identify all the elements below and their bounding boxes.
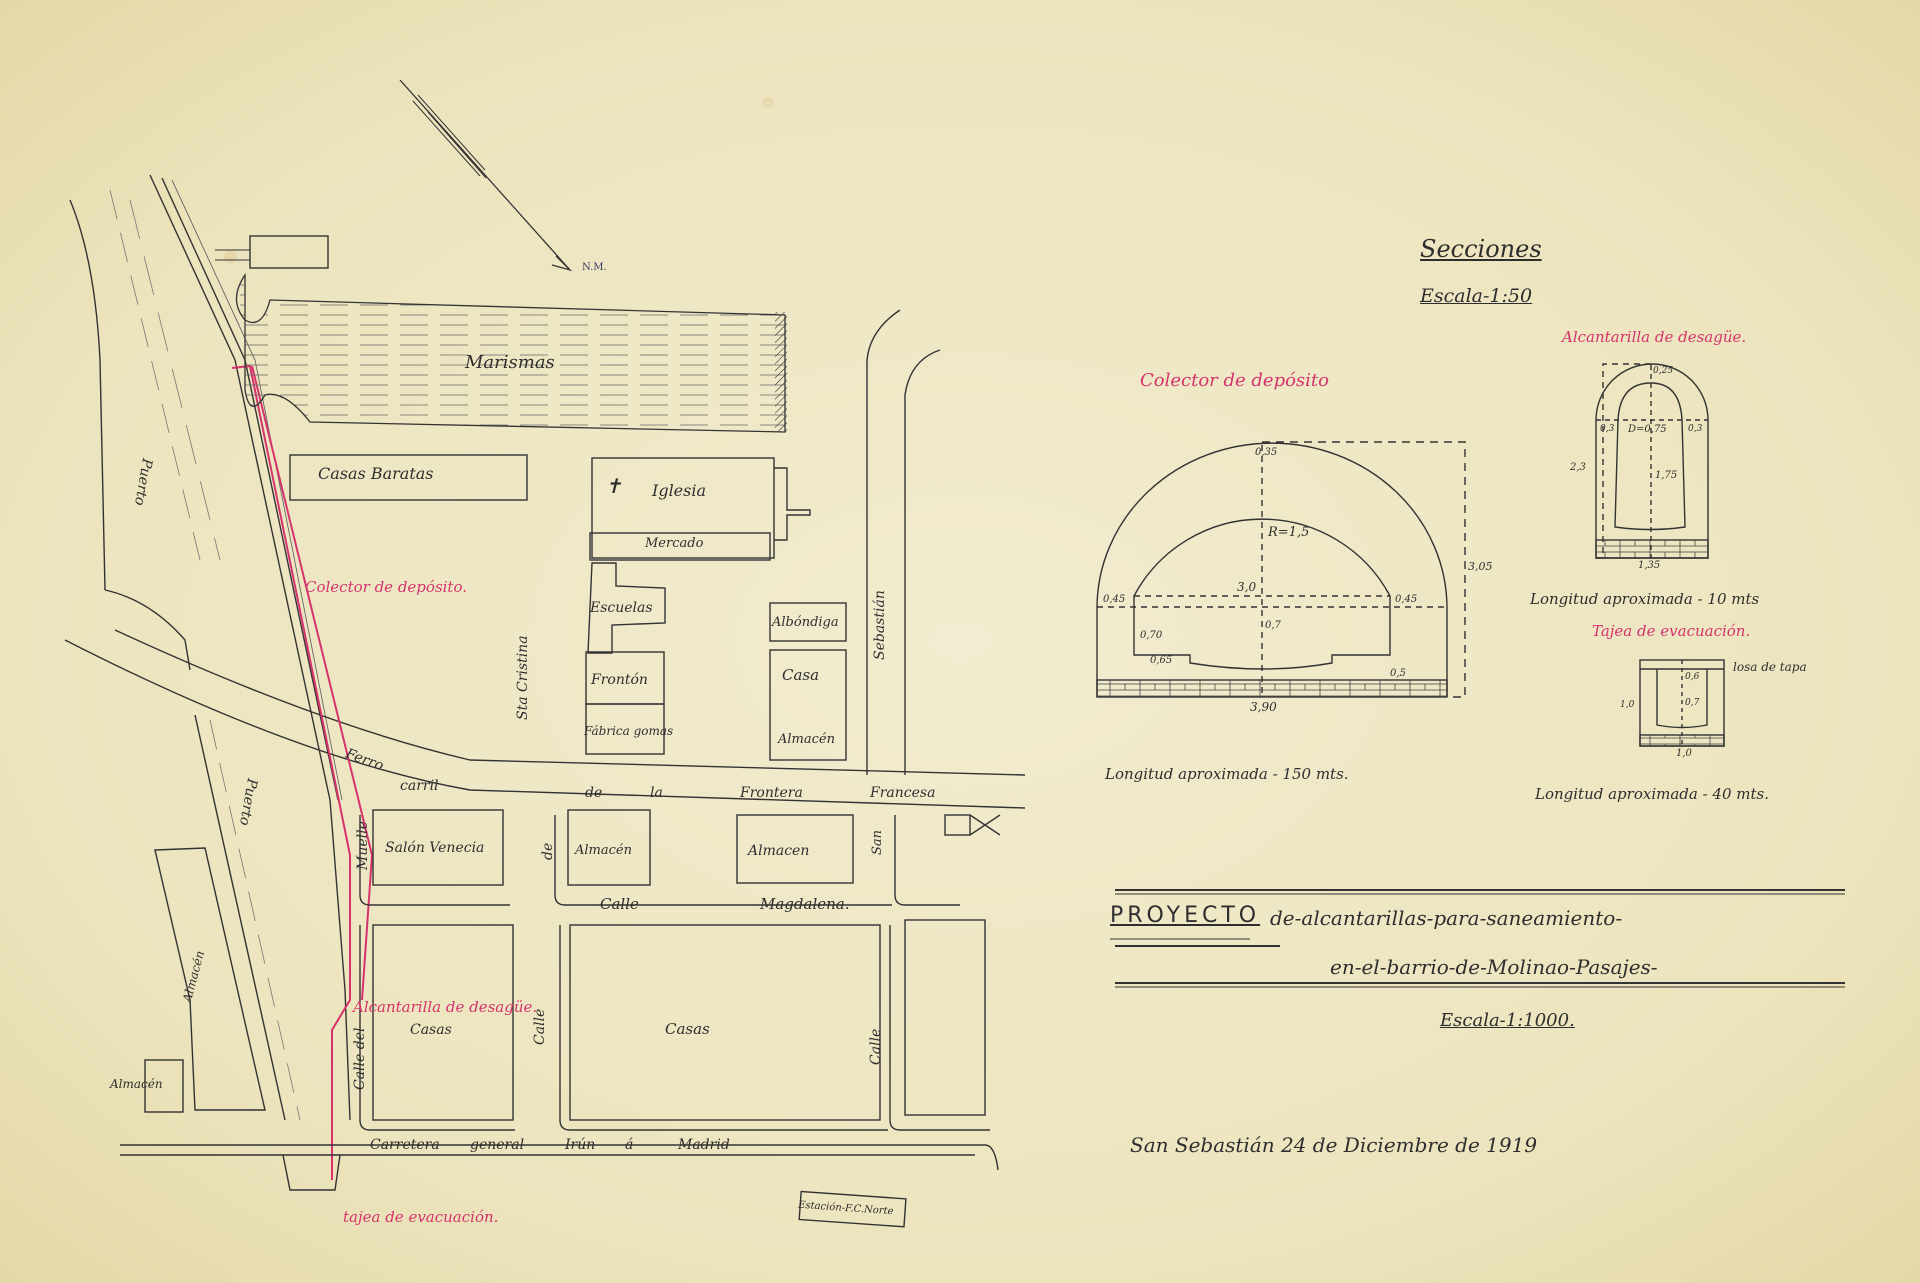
label-alhondiga: Albóndiga (772, 615, 839, 630)
label-casas-2: Casas (665, 1020, 710, 1038)
label-marismas: Marismas (465, 352, 555, 373)
dim-colector-width: 3,90 (1250, 700, 1277, 714)
sections-heading: Secciones (1420, 235, 1542, 263)
label-ferrocarril-6: Francesa (870, 785, 935, 801)
tajea-length: Longitud aproximada - 40 mts. (1535, 785, 1769, 803)
label-salon-venecia: Salón Venecia (385, 840, 484, 856)
title-prefix: PROYECTO (1110, 903, 1260, 928)
colector-length: Longitud aproximada - 150 mts. (1105, 765, 1349, 783)
label-casas-1: Casas (410, 1022, 452, 1038)
plan-drawing (0, 0, 1920, 1283)
dim-alc-wall-r: 0,3 (1688, 424, 1702, 434)
colector-title: Colector de depósito (1140, 370, 1329, 391)
dim-colector-top: 0,35 (1255, 447, 1277, 458)
dim-tajea-height: 1,0 (1620, 700, 1634, 710)
label-escuelas: Escuelas (590, 600, 653, 616)
label-carretera-2: general (470, 1137, 524, 1153)
label-muelle: Muelle (355, 821, 371, 870)
red-label-alcantarilla: Alcantarilla de desagüe. (353, 998, 537, 1016)
red-label-colector: Colector de depósito. (305, 578, 467, 596)
label-carretera-5: Madrid (678, 1137, 730, 1153)
dim-colector-side: 0,5 (1390, 668, 1406, 679)
label-calle-3: Calle (868, 1029, 884, 1065)
streets (120, 310, 998, 1190)
dim-tajea-center: 0,7 (1685, 698, 1699, 708)
label-ferrocarril-2: carril (400, 778, 439, 794)
label-calle-magdalena-1: Calle (600, 895, 639, 913)
label-carretera-3: Irún (565, 1137, 595, 1153)
church-cross-icon: ✝ (605, 474, 622, 498)
plan-sheet: Marismas Casas Baratas ✝ Iglesia Mercado… (0, 0, 1920, 1283)
label-fronton: Frontón (591, 672, 648, 688)
label-almacen-1: Almacén (778, 732, 835, 747)
label-carretera-4: á (625, 1137, 633, 1153)
label-calle-del: Calle del (352, 1028, 368, 1090)
north-arrow-icon (400, 80, 570, 270)
tajea-title: Tajea de evacuación. (1592, 622, 1750, 640)
label-casas-baratas: Casas Baratas (318, 464, 434, 483)
dim-alc-wall-l: 0,3 (1600, 424, 1614, 434)
label-carretera-1: Carretera (370, 1137, 440, 1153)
tajea-cover-label: losa de tapa (1733, 660, 1807, 674)
label-san: San (870, 830, 885, 855)
alcantarilla-length: Longitud aproximada - 10 mts (1530, 590, 1759, 608)
sections-scale: Escala-1:50 (1420, 285, 1532, 307)
dim-colector-center: 0,7 (1265, 620, 1281, 631)
dim-colector-left: 0,45 (1103, 594, 1125, 605)
label-almacen-3: Almacen (748, 843, 809, 859)
label-de: de (540, 843, 556, 860)
dim-colector-radius: R=1,5 (1268, 525, 1309, 540)
label-sta-cristina: Sta Cristina (515, 635, 531, 720)
dim-colector-height: 3,05 (1468, 560, 1493, 573)
title-line-1: de-alcantarillas-para-saneamiento- (1270, 906, 1622, 930)
label-iglesia: Iglesia (652, 481, 706, 500)
label-ferrocarril-3: de (585, 785, 602, 801)
dim-colector-span: 3,0 (1237, 580, 1256, 594)
dim-tajea-width: 1,0 (1676, 748, 1692, 759)
label-almacen-small: Almacén (110, 1077, 163, 1091)
dim-alc-inner: 1,75 (1655, 470, 1677, 481)
signature-date: San Sebastián 24 de Diciembre de 1919 (1130, 1133, 1537, 1157)
alcantarilla-title: Alcantarilla de desagüe. (1562, 328, 1746, 346)
marismas-area (215, 236, 787, 432)
label-ferrocarril-4: la (650, 785, 663, 801)
dim-alc-diam: D=0,75 (1628, 424, 1667, 435)
dim-tajea-inner: 0,6 (1685, 672, 1699, 682)
north-marker-label: N.M. (582, 262, 607, 273)
plan-scale: Escala-1:1000. (1440, 1010, 1575, 1031)
dim-colector-wall: 0,70 (1140, 630, 1162, 641)
dim-alc-top: 0,25 (1653, 366, 1673, 376)
label-ferrocarril-5: Frontera (740, 785, 803, 801)
label-almacen-2: Almacén (575, 843, 632, 858)
label-mercado: Mercado (645, 536, 703, 551)
red-label-tajea: tajea de evacuación. (343, 1208, 498, 1226)
label-sebastian: Sebastián (872, 590, 888, 660)
dim-colector-bench: 0,65 (1150, 655, 1172, 666)
dim-colector-right: 0,45 (1395, 594, 1417, 605)
label-casa: Casa (782, 666, 819, 684)
title-line-2: en-el-barrio-de-Molinao-Pasajes- (1330, 955, 1658, 979)
label-calle-magdalena-2: Magdalena. (760, 895, 850, 913)
dim-alc-height: 2,3 (1570, 462, 1586, 473)
label-fabrica-gomas: Fábrica gomas (584, 724, 673, 738)
section-tajea-drawing (1640, 660, 1724, 746)
section-alcantarilla-drawing (1596, 364, 1708, 558)
dim-alc-width: 1,35 (1638, 560, 1660, 571)
